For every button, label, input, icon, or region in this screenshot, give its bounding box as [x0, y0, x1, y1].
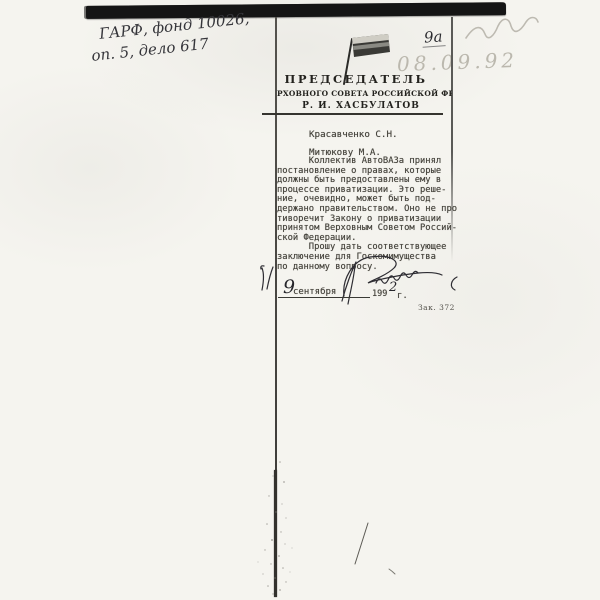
scan-artifact-band — [86, 2, 506, 19]
date-year-printed: 199 — [372, 289, 387, 299]
pencil-scribble — [460, 16, 555, 46]
scan-speckles — [246, 452, 298, 598]
stray-pen-mark — [340, 512, 410, 582]
scanned-letter-page: ГАРФ, фонд 10026, оп. 5, дело 617 9а 08.… — [0, 0, 600, 600]
date-month: сентября — [293, 287, 336, 297]
text-line: Красавченко С.Н. — [309, 126, 398, 144]
sheet-number-note: 9а — [421, 27, 445, 48]
letterhead-divider — [262, 113, 443, 115]
print-order-mark: Зак. 372 — [418, 303, 455, 312]
letterhead-organization: РХОВНОГО СОВЕТА РОССИЙСКОЙ ФЕДЕРАЦИИ — [277, 89, 452, 98]
letterhead-person-name: Р. И. ХАСБУЛАТОВ — [277, 101, 445, 111]
date-underline — [278, 297, 370, 298]
date-era-abbrev: г. — [397, 291, 408, 301]
letterhead-title: ПРЕДСЕДАТЕЛЬ — [272, 72, 440, 86]
